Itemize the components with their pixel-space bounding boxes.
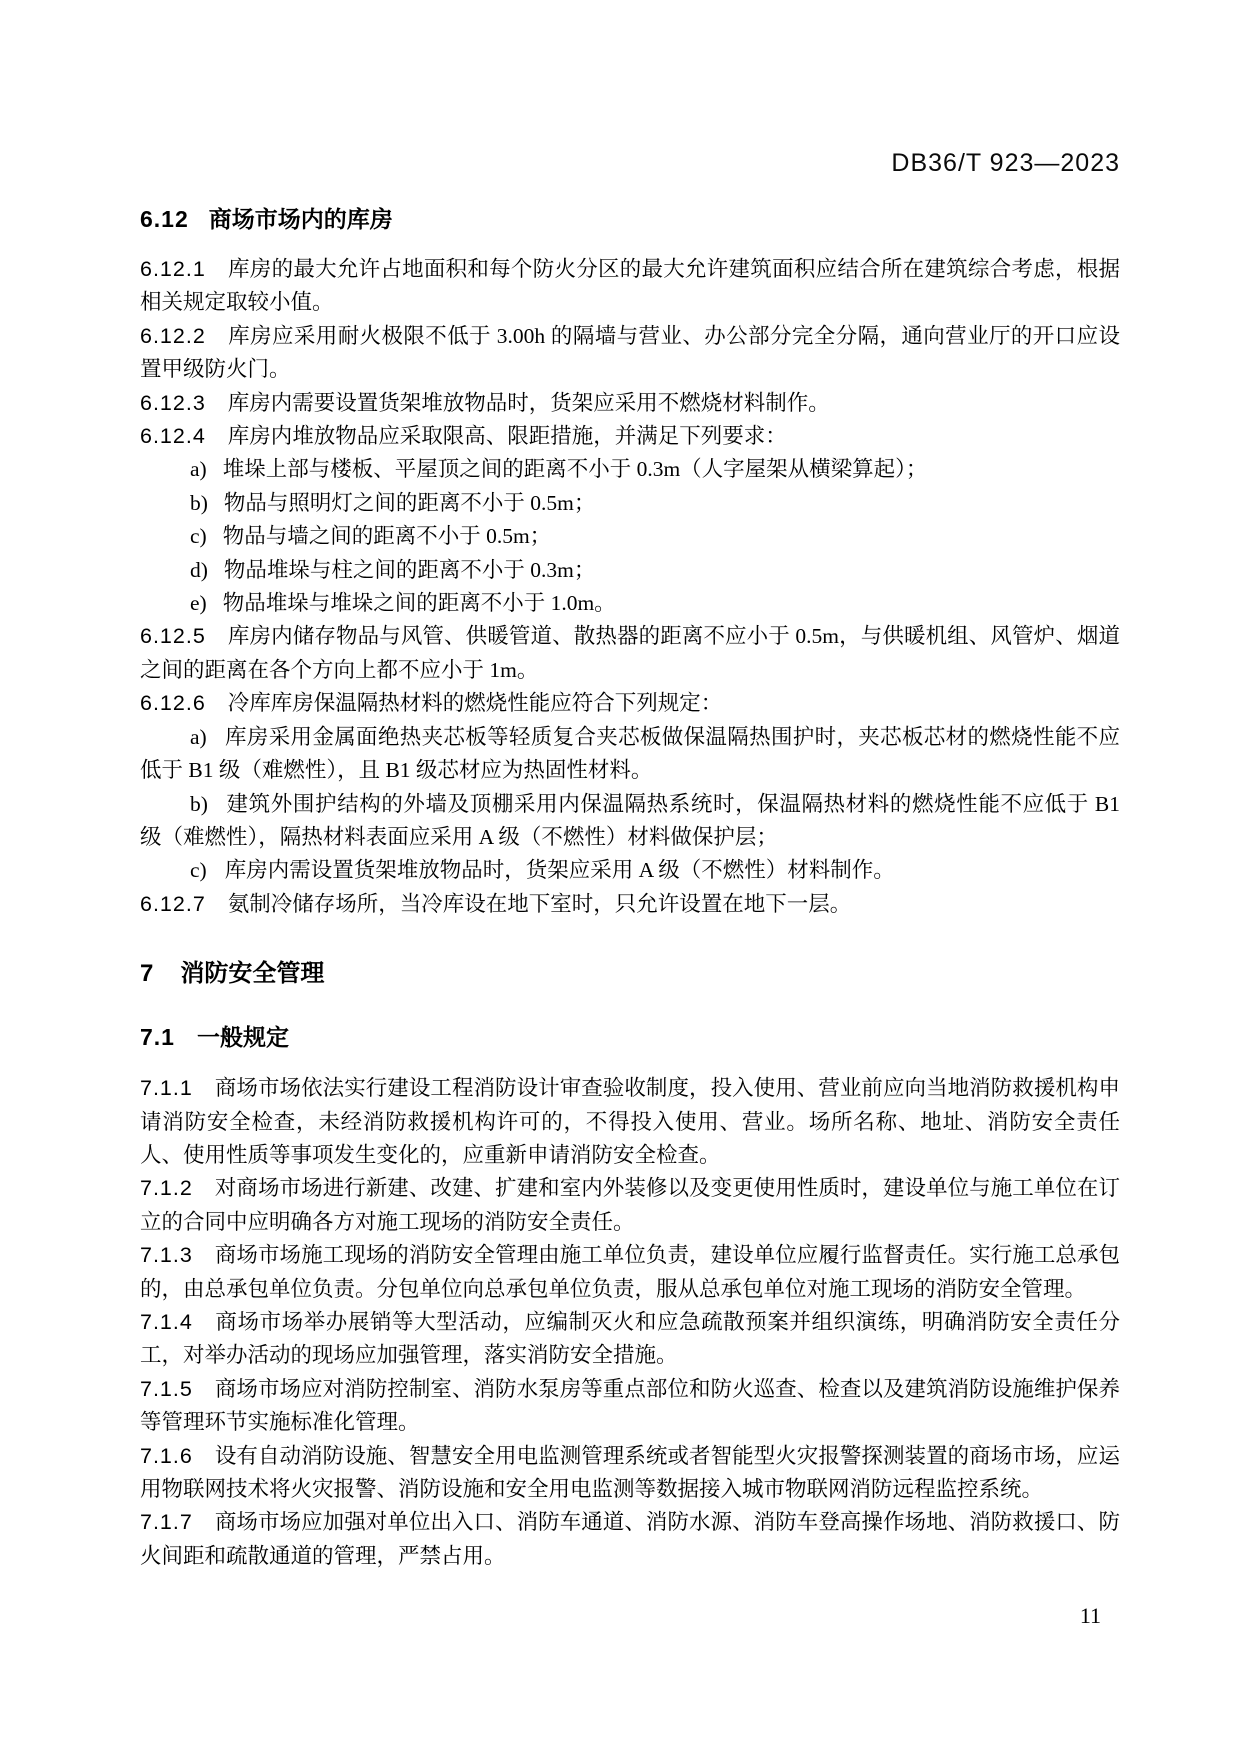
list-text: 物品堆垛与柱之间的距离不小于 0.3m； <box>224 558 595 582</box>
list-text: 物品与照明灯之间的距离不小于 0.5m； <box>224 491 595 515</box>
clause-number: 6.12.2 <box>140 324 206 348</box>
clause-number: 7.1.2 <box>140 1176 193 1200</box>
list-text: 堆垛上部与楼板、平屋顶之间的距离不小于 0.3m（人字屋架从横梁算起）； <box>223 457 928 481</box>
heading-7-title: 消防安全管理 <box>180 960 324 987</box>
clause-text: 库房内堆放物品应采取限高、限距措施，并满足下列要求： <box>228 424 787 448</box>
list-text: 库房采用金属面绝热夹芯板等轻质复合夹芯板做保温隔热围护时，夹芯板芯材的燃烧性能不… <box>140 725 1120 782</box>
list-marker: a) <box>190 457 207 481</box>
list-text: 物品与墙之间的距离不小于 0.5m； <box>223 524 551 548</box>
clause-number: 7.1.5 <box>140 1377 193 1401</box>
clause-text: 库房内储存物品与风管、供暖管道、散热器的距离不应小于 0.5m，与供暖机组、风管… <box>140 624 1120 681</box>
clause-6-12-3: 6.12.3库房内需要设置货架堆放物品时，货架应采用不燃烧材料制作。 <box>140 387 1120 420</box>
clause-number: 7.1.1 <box>140 1076 193 1100</box>
heading-6-12: 6.12商场市场内的库房 <box>140 203 1120 236</box>
clause-6-12-2: 6.12.2库房应采用耐火极限不低于 3.00h 的隔墙与营业、办公部分完全分隔… <box>140 320 1120 387</box>
list-text: 物品堆垛与堆垛之间的距离不小于 1.0m。 <box>223 591 616 615</box>
list-item-b: b)物品与照明灯之间的距离不小于 0.5m； <box>140 487 1120 520</box>
clause-number: 7.1.7 <box>140 1510 193 1534</box>
list-text: 建筑外围护结构的外墙及顶棚采用内保温隔热系统时，保温隔热材料的燃烧性能不应低于 … <box>140 792 1120 849</box>
clause-text: 商场市场依法实行建设工程消防设计审查验收制度，投入使用、营业前应向当地消防救援机… <box>140 1076 1120 1167</box>
clause-text: 商场市场举办展销等大型活动，应编制灭火和应急疏散预案并组织演练，明确消防安全责任… <box>140 1310 1120 1367</box>
clause-number: 6.12.4 <box>140 424 206 448</box>
sub-item-c: c)库房内需设置货架堆放物品时，货架应采用 A 级（不燃性）材料制作。 <box>140 854 1120 887</box>
clause-text: 库房内需要设置货架堆放物品时，货架应采用不燃烧材料制作。 <box>228 391 830 415</box>
sub-item-a: a)库房采用金属面绝热夹芯板等轻质复合夹芯板做保温隔热围护时，夹芯板芯材的燃烧性… <box>140 721 1120 788</box>
clause-text: 设有自动消防设施、智慧安全用电监测管理系统或者智能型火灾报警探测装置的商场市场，… <box>140 1444 1120 1501</box>
clause-number: 7.1.3 <box>140 1243 193 1267</box>
heading-7-number: 7 <box>140 960 154 987</box>
clause-text: 冷库库房保温隔热材料的燃烧性能应符合下列规定： <box>228 691 723 715</box>
clause-number: 6.12.6 <box>140 691 206 715</box>
list-marker: c) <box>190 524 207 548</box>
heading-7-1-title: 一般规定 <box>197 1024 289 1050</box>
list-marker: a) <box>190 725 207 749</box>
clause-text: 商场市场施工现场的消防安全管理由施工单位负责，建设单位应履行监督责任。实行施工总… <box>140 1243 1120 1300</box>
list-item-c: c)物品与墙之间的距离不小于 0.5m； <box>140 520 1120 553</box>
list-marker: e) <box>190 591 207 615</box>
heading-6-12-title: 商场市场内的库房 <box>209 206 393 232</box>
clause-6-12-4: 6.12.4库房内堆放物品应采取限高、限距措施，并满足下列要求： <box>140 420 1120 453</box>
clause-6-12-7: 6.12.7氨制冷储存场所，当冷库设在地下室时，只允许设置在地下一层。 <box>140 888 1120 921</box>
list-marker: b) <box>190 792 208 816</box>
clause-text: 商场市场应对消防控制室、消防水泵房等重点部位和防火巡查、检查以及建筑消防设施维护… <box>140 1377 1120 1434</box>
clause-6-12-5: 6.12.5库房内储存物品与风管、供暖管道、散热器的距离不应小于 0.5m，与供… <box>140 620 1120 687</box>
clause-7-1-4: 7.1.4商场市场举办展销等大型活动，应编制灭火和应急疏散预案并组织演练，明确消… <box>140 1306 1120 1373</box>
heading-7-1-number: 7.1 <box>140 1024 175 1050</box>
list-item-a: a)堆垛上部与楼板、平屋顶之间的距离不小于 0.3m（人字屋架从横梁算起）； <box>140 453 1120 486</box>
clause-7-1-3: 7.1.3商场市场施工现场的消防安全管理由施工单位负责，建设单位应履行监督责任。… <box>140 1239 1120 1306</box>
document-page: DB36/T 923—2023 6.12商场市场内的库房 6.12.1库房的最大… <box>0 0 1241 1754</box>
clause-text: 氨制冷储存场所，当冷库设在地下室时，只允许设置在地下一层。 <box>228 892 852 916</box>
clause-6-12-6: 6.12.6冷库库房保温隔热材料的燃烧性能应符合下列规定： <box>140 687 1120 720</box>
list-marker: b) <box>190 491 208 515</box>
clause-text: 商场市场应加强对单位出入口、消防车通道、消防水源、消防车登高操作场地、消防救援口… <box>140 1510 1120 1567</box>
clause-text: 对商场市场进行新建、改建、扩建和室内外装修以及变更使用性质时，建设单位与施工单位… <box>140 1176 1120 1233</box>
clause-number: 6.12.1 <box>140 257 206 281</box>
clause-number: 6.12.3 <box>140 391 206 415</box>
clause-text: 库房应采用耐火极限不低于 3.00h 的隔墙与营业、办公部分完全分隔，通向营业厅… <box>140 324 1120 381</box>
heading-6-12-number: 6.12 <box>140 206 189 232</box>
clause-7-1-1: 7.1.1商场市场依法实行建设工程消防设计审查验收制度，投入使用、营业前应向当地… <box>140 1072 1120 1172</box>
list-item-e: e)物品堆垛与堆垛之间的距离不小于 1.0m。 <box>140 587 1120 620</box>
clause-7-1-6: 7.1.6设有自动消防设施、智慧安全用电监测管理系统或者智能型火灾报警探测装置的… <box>140 1440 1120 1507</box>
document-content: 6.12商场市场内的库房 6.12.1库房的最大允许占地面积和每个防火分区的最大… <box>140 203 1120 1573</box>
sub-item-b: b)建筑外围护结构的外墙及顶棚采用内保温隔热系统时，保温隔热材料的燃烧性能不应低… <box>140 788 1120 855</box>
list-item-d: d)物品堆垛与柱之间的距离不小于 0.3m； <box>140 554 1120 587</box>
clause-text: 库房的最大允许占地面积和每个防火分区的最大允许建筑面积应结合所在建筑综合考虑，根… <box>140 257 1120 314</box>
page-number: 11 <box>1080 1603 1101 1629</box>
clause-number: 6.12.7 <box>140 892 206 916</box>
clause-7-1-5: 7.1.5商场市场应对消防控制室、消防水泵房等重点部位和防火巡查、检查以及建筑消… <box>140 1373 1120 1440</box>
heading-7-1: 7.1一般规定 <box>140 1021 1120 1054</box>
list-marker: d) <box>190 558 208 582</box>
clause-number: 6.12.5 <box>140 624 206 648</box>
heading-7: 7消防安全管理 <box>140 957 1120 991</box>
clause-7-1-2: 7.1.2对商场市场进行新建、改建、扩建和室内外装修以及变更使用性质时，建设单位… <box>140 1172 1120 1239</box>
clause-number: 7.1.6 <box>140 1444 193 1468</box>
standard-code-header: DB36/T 923—2023 <box>891 149 1120 178</box>
clause-number: 7.1.4 <box>140 1310 193 1334</box>
clause-7-1-7: 7.1.7商场市场应加强对单位出入口、消防车通道、消防水源、消防车登高操作场地、… <box>140 1506 1120 1573</box>
list-text: 库房内需设置货架堆放物品时，货架应采用 A 级（不燃性）材料制作。 <box>225 858 895 882</box>
clause-6-12-1: 6.12.1库房的最大允许占地面积和每个防火分区的最大允许建筑面积应结合所在建筑… <box>140 253 1120 320</box>
list-marker: c) <box>190 858 207 882</box>
